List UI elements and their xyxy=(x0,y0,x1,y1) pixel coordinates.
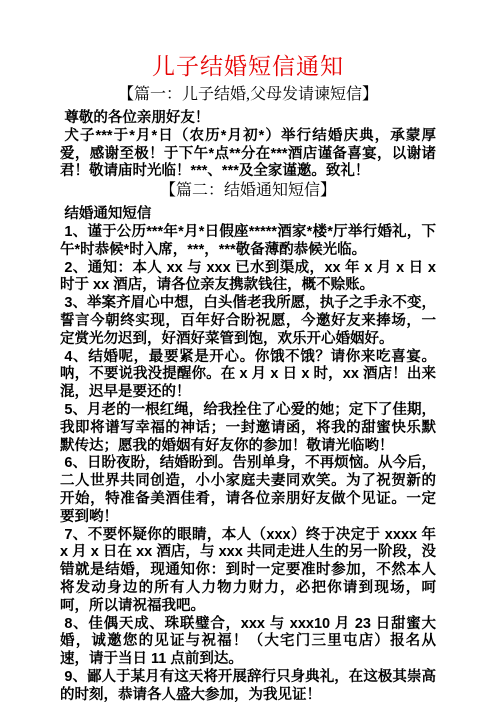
document-page: 儿子结婚短信通知 【篇一：儿子结婚,父母发请谏短信】 尊敬的各位亲朋好友！ 犬子… xyxy=(0,0,496,702)
paragraph-item-2: 2、通知：本人 xx 与 xxx 已水到渠成，xx 年 x 月 x 日 x 时于… xyxy=(60,260,436,296)
section-1-body: 尊敬的各位亲朋好友！ 犬子***于*月*日（农历*月初*）举行结婚庆典，承蒙厚爱… xyxy=(0,110,496,181)
paragraph-item-6: 6、日盼夜盼，结婚盼到。告别单身，不再烦恼。从今后，二人世界共同创造，小小家庭夫… xyxy=(60,455,436,526)
paragraph-item-7: 7、不要怀疑你的眼睛，本人（xxx）终于决定于 xxxx 年 x 月 x 日在 … xyxy=(60,527,436,616)
paragraph-item-8: 8、佳偶天成、珠联璧合，xxx 与 xxx10 月 23 日甜蜜大婚，诚邀您的见… xyxy=(60,616,436,669)
section-2-body: 结婚通知短信 1、谨于公历***年*月*日假座*****酒家*楼*厅举行婚礼，下… xyxy=(0,206,496,702)
paragraph-item-5: 5、月老的一根红绳，给我拴住了心爱的她；定下了佳期，我即将谱写幸福的神话；一封邀… xyxy=(60,402,436,455)
paragraph-subtitle: 结婚通知短信 xyxy=(60,206,436,224)
paragraph-item-1: 1、谨于公历***年*月*日假座*****酒家*楼*厅举行婚礼，下午*时恭候*时… xyxy=(60,224,436,260)
paragraph-item-3: 3、举案齐眉心中想，白头偕老我所愿，执子之手永不变，誓言今朝终实现，百年好合盼祝… xyxy=(60,295,436,348)
paragraph-greeting: 尊敬的各位亲朋好友！ xyxy=(60,110,436,128)
document-title: 儿子结婚短信通知 xyxy=(0,0,496,82)
paragraph-item-4: 4、结婚呢，最要紧是开心。你饿不饿？请你来吃喜宴。呐，不要说我没提醒你。在 x … xyxy=(60,349,436,402)
section-1-header: 【篇一：儿子结婚,父母发请谏短信】 xyxy=(0,85,496,105)
paragraph-item-9: 9、鄙人于某月有这天将开展辞行只身典礼，在这极其崇高的时刻，恭请各人盛大参加，为… xyxy=(60,669,436,702)
paragraph-invitation: 犬子***于*月*日（农历*月初*）举行结婚庆典，承蒙厚爱，感谢至极！于下午*点… xyxy=(60,128,436,181)
section-2-header: 【篇二：结婚通知短信】 xyxy=(0,181,496,201)
